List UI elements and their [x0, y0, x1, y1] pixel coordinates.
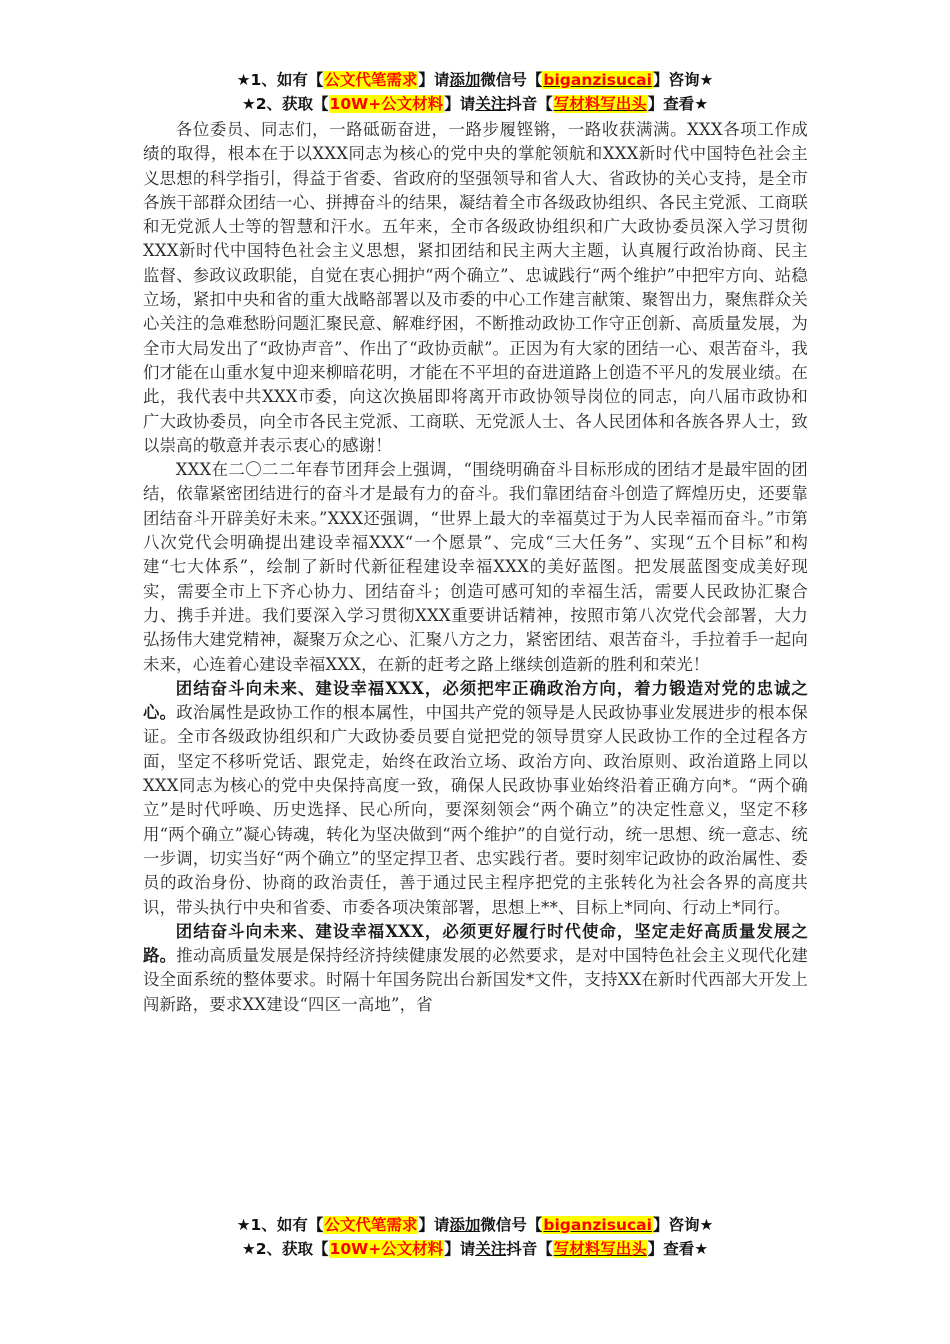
promo-highlight-wechat-id[interactable]: biganzisucai: [542, 71, 653, 89]
promo-text: ★2、获取【: [242, 1240, 329, 1258]
promo-banner-top: ★1、如有【公文代笔需求】请添加微信号【biganzisucai】咨询★ ★2、…: [0, 68, 950, 116]
promo-text: ★2、获取【: [242, 95, 329, 113]
promo-text: ★1、如有【: [237, 1216, 324, 1234]
promo-line-2: ★2、获取【10W+公文材料】请关注抖音【写材料写出头】查看★: [0, 92, 950, 116]
promo-text: 抖音【: [506, 1240, 553, 1258]
promo-emphasis-follow: 关注: [475, 1240, 506, 1258]
document-page: ★1、如有【公文代笔需求】请添加微信号【biganzisucai】咨询★ ★2、…: [0, 0, 950, 1344]
promo-emphasis-add: 添加: [449, 1216, 480, 1234]
promo-emphasis-add: 添加: [449, 71, 480, 89]
promo-text: 】请: [444, 1240, 475, 1258]
promo-text: 】查看★: [648, 1240, 708, 1258]
paragraph-1: 各位委员、同志们，一路砥砺奋进，一路步履铿锵，一路收获满满。XXX各项工作成绩的…: [143, 118, 808, 458]
promo-banner-bottom: ★1、如有【公文代笔需求】请添加微信号【biganzisucai】咨询★ ★2、…: [0, 1213, 950, 1261]
promo-highlight-douyin-account[interactable]: 写材料写出头: [553, 95, 648, 113]
promo-line-1: ★1、如有【公文代笔需求】请添加微信号【biganzisucai】咨询★: [0, 1213, 950, 1237]
promo-text: 微信号【: [480, 71, 542, 89]
promo-text: 】查看★: [648, 95, 708, 113]
promo-text: 】咨询★: [653, 1216, 713, 1234]
paragraph-text: 推动高质量发展是保持经济持续健康发展的必然要求，是对中国特色社会主义现代化建设全…: [143, 946, 808, 1014]
paragraph-4: 团结奋斗向未来、建设幸福XXX，必须更好履行时代使命，坚定走好高质量发展之路。推…: [143, 920, 808, 1017]
paragraph-3: 团结奋斗向未来、建设幸福XXX，必须把牢正确政治方向，着力锻造对党的忠诚之心。政…: [143, 677, 808, 920]
promo-highlight-service: 公文代笔需求: [323, 1216, 418, 1234]
promo-text: 】咨询★: [653, 71, 713, 89]
promo-highlight-service: 公文代笔需求: [323, 71, 418, 89]
promo-emphasis-follow: 关注: [475, 95, 506, 113]
paragraph-2: XXX在二〇二二年春节团拜会上强调，“围绕明确奋斗目标形成的团结才是最牢固的团结…: [143, 458, 808, 677]
promo-line-1: ★1、如有【公文代笔需求】请添加微信号【biganzisucai】咨询★: [0, 68, 950, 92]
promo-text: 微信号【: [480, 1216, 542, 1234]
promo-text: 】请: [418, 71, 449, 89]
document-body: 各位委员、同志们，一路砥砺奋进，一路步履铿锵，一路收获满满。XXX各项工作成绩的…: [143, 118, 808, 1017]
promo-text: 抖音【: [506, 95, 553, 113]
promo-highlight-wechat-id[interactable]: biganzisucai: [542, 1216, 653, 1234]
promo-highlight-materials: 10W+公文材料: [329, 95, 445, 113]
paragraph-text: 政治属性是政协工作的根本属性，中国共产党的领导是人民政协事业发展进步的根本保证。…: [143, 703, 808, 916]
paragraph-text: 各位委员、同志们，一路砥砺奋进，一路步履铿锵，一路收获满满。XXX各项工作成绩的…: [143, 120, 808, 455]
promo-text: 】请: [418, 1216, 449, 1234]
promo-highlight-douyin-account[interactable]: 写材料写出头: [553, 1240, 648, 1258]
promo-highlight-materials: 10W+公文材料: [329, 1240, 445, 1258]
promo-line-2: ★2、获取【10W+公文材料】请关注抖音【写材料写出头】查看★: [0, 1237, 950, 1261]
paragraph-text: XXX在二〇二二年春节团拜会上强调，“围绕明确奋斗目标形成的团结才是最牢固的团结…: [143, 460, 808, 673]
promo-text: 】请: [444, 95, 475, 113]
promo-text: ★1、如有【: [237, 71, 324, 89]
